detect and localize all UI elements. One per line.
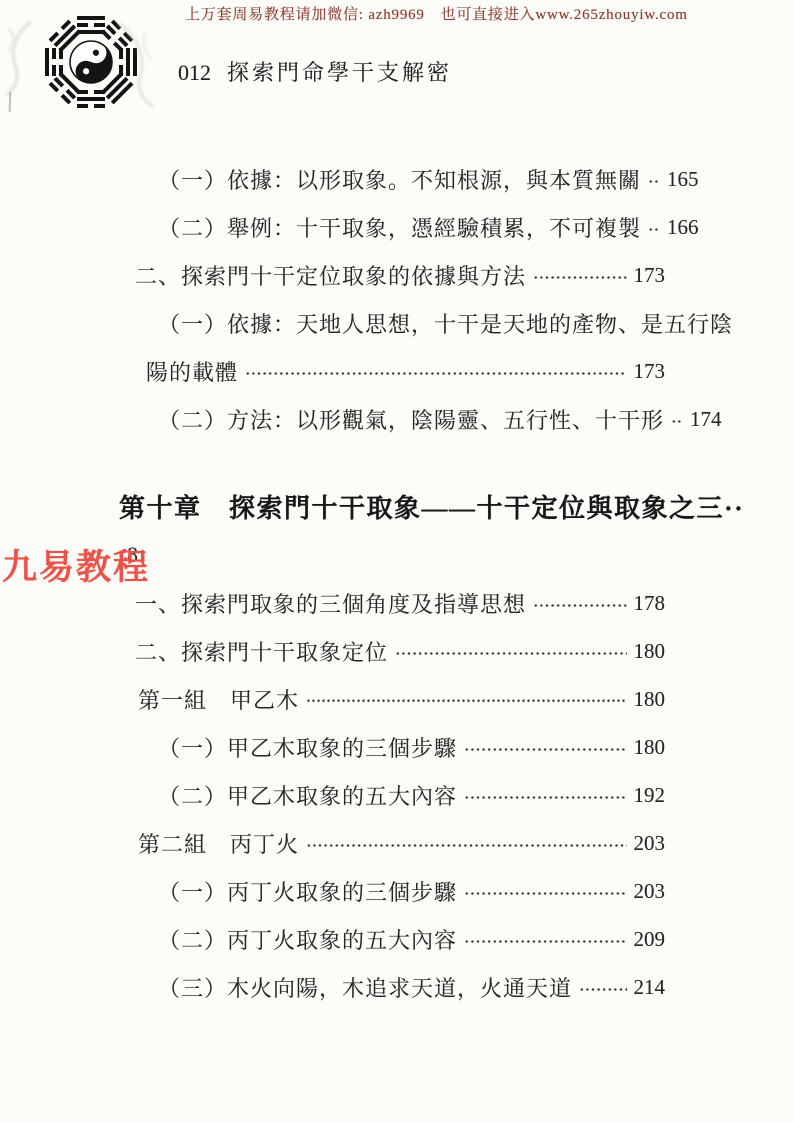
toc-row: 二、探索門十干定位取象的依據與方法 173 xyxy=(0,251,794,299)
toc-page-number: 174 xyxy=(690,407,722,432)
toc-row: （二）舉例：十干取象，憑經驗積累，不可複製 166 xyxy=(0,203,794,251)
page-number: 012 xyxy=(178,60,211,86)
toc-page-number: 165 xyxy=(667,167,699,192)
dot-leader xyxy=(464,746,626,753)
promo-banner-text: 上万套周易教程请加微信: azh9969 也可直接进入www.265zhouyi… xyxy=(185,3,688,24)
toc-row: （二）方法：以形觀氣，陰陽靈、五行性、十干形 174 xyxy=(0,395,794,443)
dot-leader xyxy=(464,890,626,897)
dot-leader xyxy=(464,938,626,945)
dot-leader xyxy=(671,418,683,425)
dot-leader xyxy=(464,794,626,801)
dot-leader xyxy=(648,178,660,185)
toc-row: 陽的載體 173 xyxy=(0,347,794,395)
site-watermark: 九易教程 xyxy=(2,540,150,590)
toc-page-number: 209 xyxy=(634,927,666,952)
dot-leader xyxy=(579,986,626,993)
toc-row: （一）丙丁火取象的三個步驟 203 xyxy=(0,867,794,915)
toc-entry-label: （一）依據：以形取象。不知根源，與本質無關 xyxy=(158,164,641,195)
toc-entry-label: 第二組 丙丁火 xyxy=(138,828,299,859)
toc-page-number: 178 xyxy=(634,591,666,616)
toc-page-number: 192 xyxy=(634,783,666,808)
dot-leader xyxy=(533,602,626,609)
scan-artifact-line xyxy=(9,92,12,112)
toc-page-number: 166 xyxy=(667,215,699,240)
toc-entry-label: （三）木火向陽，木追求天道，火通天道 xyxy=(158,972,572,1003)
page-header: 012 探索門命學干支解密 xyxy=(178,56,452,87)
toc-row: （一）依據：以形取象。不知根源，與本質無關 165 xyxy=(0,155,794,203)
toc-page-number: 173 xyxy=(634,359,666,384)
dot-leader xyxy=(306,698,626,705)
chapter-heading: 第十章 探索門十干取象——十干定位與取象之三·· xyxy=(0,481,794,531)
toc-row: （二）丙丁火取象的五大內容 209 xyxy=(0,915,794,963)
scan-smudge-left xyxy=(2,18,38,96)
toc-page-number: 180 xyxy=(634,735,666,760)
toc-row: （一）依據：天地人思想，十干是天地的產物、是五行陰 xyxy=(0,299,794,347)
toc-entry-label: （二）甲乙木取象的五大內容 xyxy=(158,780,457,811)
toc-page-number: 203 xyxy=(634,831,666,856)
toc-entry-label: （一）依據：天地人思想，十干是天地的產物、是五行陰 xyxy=(158,308,733,339)
toc-entry-label: 一、探索門取象的三個角度及指導思想 xyxy=(135,588,526,619)
toc-row: （三）木火向陽，木追求天道，火通天道 214 xyxy=(0,963,794,1011)
toc-row: （一）甲乙木取象的三個步驟 180 xyxy=(0,723,794,771)
scan-smudge-right xyxy=(112,22,156,108)
toc-page-number: 173 xyxy=(634,263,666,288)
toc-entry-label: 二、探索門十干定位取象的依據與方法 xyxy=(135,260,526,291)
toc-page-number: 180 xyxy=(634,687,666,712)
toc-entry-label: 二、探索門十干取象定位 xyxy=(135,636,388,667)
toc-entry-label: （一）甲乙木取象的三個步驟 xyxy=(158,732,457,763)
dot-leader xyxy=(648,226,660,233)
book-title: 探索門命學干支解密 xyxy=(227,56,452,87)
toc-entry-label: （二）丙丁火取象的五大內容 xyxy=(158,924,457,955)
dot-leader xyxy=(245,370,626,377)
dot-leader xyxy=(395,650,626,657)
toc-entry-label: 第一組 甲乙木 xyxy=(138,684,299,715)
toc-row: 第二組 丙丁火 203 xyxy=(0,819,794,867)
toc-page-number: 180 xyxy=(634,639,666,664)
toc-entry-label: 陽的載體 xyxy=(146,356,238,387)
toc-page-number: 214 xyxy=(634,975,666,1000)
toc-row: 第一組 甲乙木 180 xyxy=(0,675,794,723)
dot-leader xyxy=(306,842,626,849)
toc-row: （二）甲乙木取象的五大內容 192 xyxy=(0,771,794,819)
toc-entry-label: （二）舉例：十干取象，憑經驗積累，不可複製 xyxy=(158,212,641,243)
dot-leader xyxy=(533,274,626,281)
toc-row: 二、探索門十干取象定位 180 xyxy=(0,627,794,675)
toc-page-number: 203 xyxy=(634,879,666,904)
toc-entry-label: （二）方法：以形觀氣，陰陽靈、五行性、十干形 xyxy=(158,404,664,435)
toc-entry-label: （一）丙丁火取象的三個步驟 xyxy=(158,876,457,907)
